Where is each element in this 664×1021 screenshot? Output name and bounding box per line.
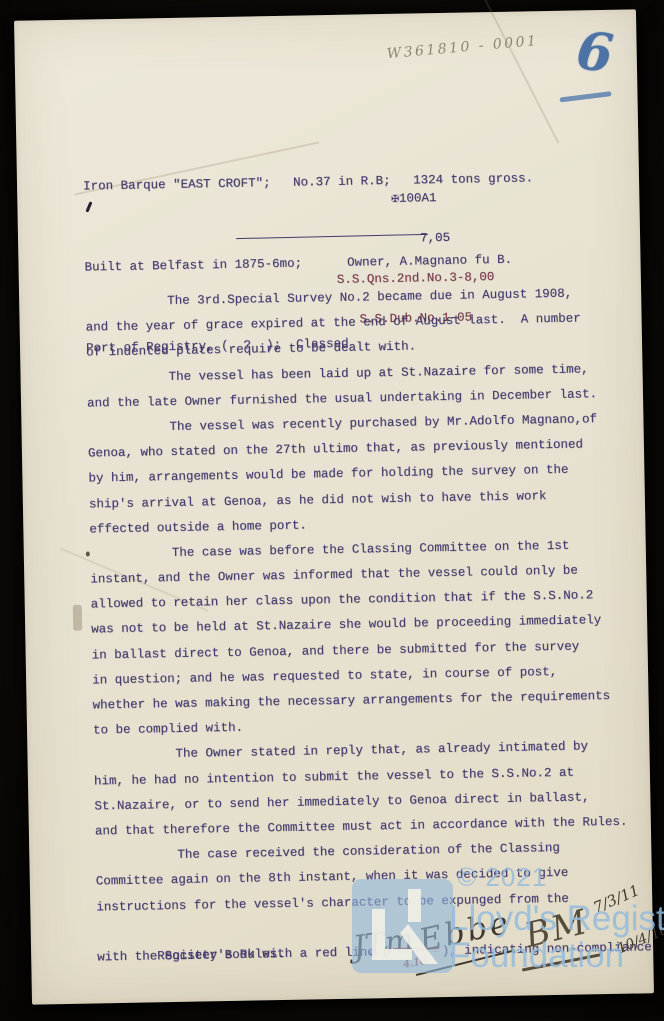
archive-reference-pencil-note: W361810 - 0001 <box>386 33 539 62</box>
page-number-crayon: 6 <box>574 20 616 84</box>
scanned-document-background: W361810 - 0001 6 Iron Barque "EAST CROFT… <box>0 0 664 1021</box>
paper-sheet: W361810 - 0001 6 Iron Barque "EAST CROFT… <box>14 9 654 1004</box>
page-number-underline <box>559 91 611 102</box>
class-mark: ✠100A1 <box>335 191 493 207</box>
paper-damage-mark <box>73 605 82 631</box>
body-text-block: The 3rd.Special Survey No.2 became due i… <box>85 281 643 971</box>
